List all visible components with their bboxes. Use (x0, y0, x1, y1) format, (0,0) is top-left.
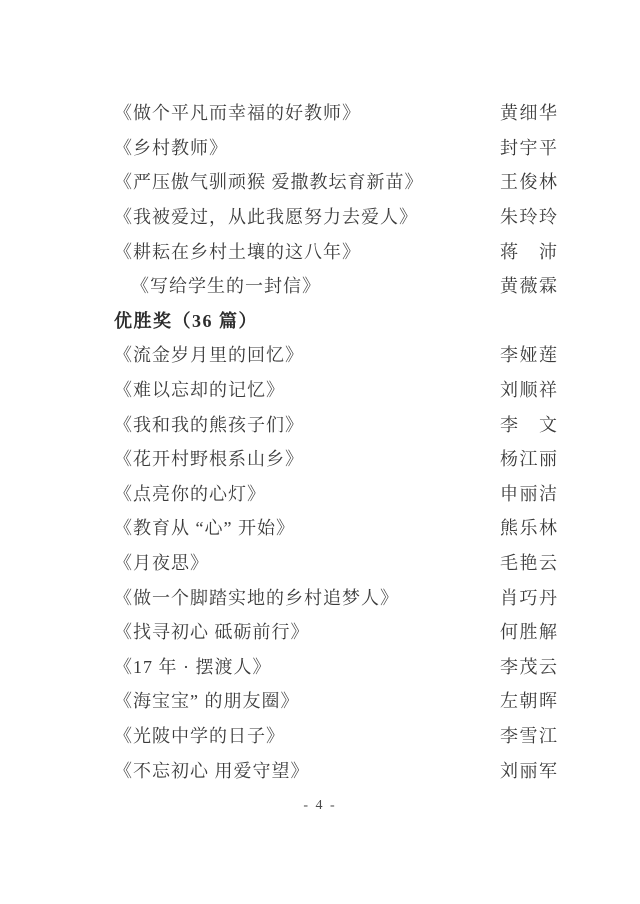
author-name: 熊乐林 (500, 514, 566, 540)
list-item: 《严压傲气驯顽猴 爱撒教坛育新苗》王俊林 (114, 164, 566, 199)
author-name: 王俊林 (500, 168, 566, 194)
list-item: 《做一个脚踏实地的乡村追梦人》肖巧丹 (114, 579, 566, 614)
author-name: 李雪江 (500, 722, 566, 748)
essay-title: 《17 年 · 摆渡人》 (114, 653, 500, 679)
author-name: 李 文 (500, 411, 566, 437)
author-name: 何胜解 (500, 618, 566, 644)
document-page: 《做个平凡而幸福的好教师》黄细华《乡村教师》封宇平《严压傲气驯顽猴 爱撒教坛育新… (0, 0, 640, 904)
essay-title: 《光陂中学的日子》 (114, 722, 500, 748)
author-name: 封宇平 (500, 134, 566, 160)
essay-title: 《难以忘却的记忆》 (114, 376, 500, 402)
essay-title: 《写给学生的一封信》 (114, 272, 500, 298)
list-item: 《光陂中学的日子》李雪江 (114, 718, 566, 753)
author-name: 李茂云 (500, 653, 566, 679)
author-name: 肖巧丹 (500, 584, 566, 610)
author-name: 申丽洁 (500, 480, 566, 506)
list-item: 《难以忘却的记忆》刘顺祥 (114, 372, 566, 407)
essay-title: 《点亮你的心灯》 (114, 480, 500, 506)
list-item: 《我被爱过，从此我愿努力去爱人》朱玲玲 (114, 199, 566, 234)
author-name: 左朝晖 (500, 687, 566, 713)
author-name: 李娅莲 (500, 341, 566, 367)
list-item: 《17 年 · 摆渡人》李茂云 (114, 649, 566, 684)
essay-title: 《做一个脚踏实地的乡村追梦人》 (114, 584, 500, 610)
essay-title: 《海宝宝” 的朋友圈》 (114, 687, 500, 713)
author-name: 毛艳云 (500, 549, 566, 575)
essay-title: 《严压傲气驯顽猴 爱撒教坛育新苗》 (114, 168, 500, 194)
essay-title: 《月夜思》 (114, 549, 500, 575)
author-name: 黄薇霖 (500, 272, 566, 298)
essay-title: 《花开村野根系山乡》 (114, 445, 500, 471)
list-item: 《做个平凡而幸福的好教师》黄细华 (114, 95, 566, 130)
essay-title: 《教育从 “心” 开始》 (114, 514, 500, 540)
author-name: 黄细华 (500, 99, 566, 125)
author-name: 刘顺祥 (500, 376, 566, 402)
essay-title: 《耕耘在乡村土壤的这八年》 (114, 238, 500, 264)
list-item: 《点亮你的心灯》申丽洁 (114, 476, 566, 511)
list-item: 《写给学生的一封信》黄薇霖 (114, 268, 566, 303)
author-name: 朱玲玲 (500, 203, 566, 229)
list-item: 《不忘初心 用爱守望》刘丽军 (114, 752, 566, 787)
section-header: 优胜奖（36 篇） (114, 303, 566, 338)
list-item: 《耕耘在乡村土壤的这八年》蒋 沛 (114, 233, 566, 268)
list-item: 《教育从 “心” 开始》熊乐林 (114, 510, 566, 545)
list-item: 《流金岁月里的回忆》李娅莲 (114, 337, 566, 372)
essay-title: 《我被爱过，从此我愿努力去爱人》 (114, 203, 500, 229)
list-item: 《找寻初心 砥砺前行》何胜解 (114, 614, 566, 649)
list-item: 《月夜思》毛艳云 (114, 545, 566, 580)
page-number: - 4 - (0, 798, 640, 814)
essay-title: 《我和我的熊孩子们》 (114, 411, 500, 437)
list-item: 《我和我的熊孩子们》李 文 (114, 406, 566, 441)
author-name: 杨江丽 (500, 445, 566, 471)
list-item: 《花开村野根系山乡》杨江丽 (114, 441, 566, 476)
essay-title: 《做个平凡而幸福的好教师》 (114, 99, 500, 125)
list-item: 《乡村教师》封宇平 (114, 130, 566, 165)
author-name: 蒋 沛 (500, 238, 566, 264)
award-list: 《做个平凡而幸福的好教师》黄细华《乡村教师》封宇平《严压傲气驯顽猴 爱撒教坛育新… (114, 95, 566, 787)
essay-title: 《流金岁月里的回忆》 (114, 341, 500, 367)
essay-title: 《乡村教师》 (114, 134, 500, 160)
list-item: 《海宝宝” 的朋友圈》左朝晖 (114, 683, 566, 718)
essay-title: 《不忘初心 用爱守望》 (114, 757, 500, 783)
author-name: 刘丽军 (500, 757, 566, 783)
essay-title: 《找寻初心 砥砺前行》 (114, 618, 500, 644)
